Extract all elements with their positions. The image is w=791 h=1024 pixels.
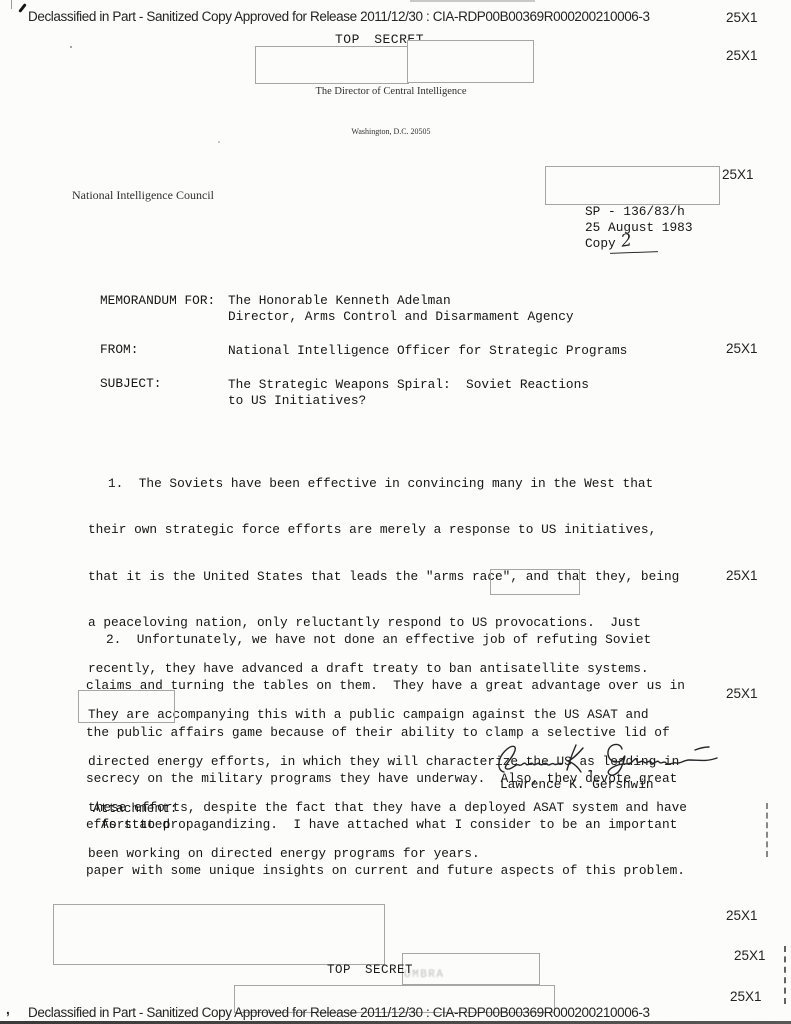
margin-code-7: 25X1: [726, 908, 758, 923]
signature-script: [490, 732, 725, 782]
memo-from-value: National Intelligence Officer for Strate…: [228, 343, 627, 358]
body-line: paper with some unique insights on curre…: [86, 863, 685, 879]
scan-artifact-tick: [11, 0, 12, 9]
margin-code-2: 25X1: [726, 48, 758, 63]
declassification-header: Declassified in Part - Sanitized Copy Ap…: [28, 9, 650, 24]
margin-code-1: 25X1: [726, 10, 758, 25]
margin-code-5: 25X1: [726, 568, 758, 583]
scan-speck: [70, 46, 72, 48]
body-line: their own strategic force efforts are me…: [88, 522, 687, 538]
scanned-memo-page: Declassified in Part - Sanitized Copy Ap…: [0, 0, 791, 1024]
copy-number-underline: [610, 251, 658, 254]
margin-code-4: 25X1: [726, 341, 758, 356]
memo-for-recipient: The Honorable Kenneth Adelman: [228, 293, 451, 308]
declassification-footer: Declassified in Part - Sanitized Copy Ap…: [28, 1005, 650, 1020]
margin-code-6: 25X1: [726, 686, 758, 701]
redaction-box-top-left: [255, 46, 409, 84]
attachment-label: Attachment:: [93, 801, 177, 816]
memo-for-recipient-title: Director, Arms Control and Disarmament A…: [228, 309, 574, 324]
document-date: 25 August 1983: [585, 220, 693, 235]
pen-mark-dashed-2: [784, 946, 786, 1004]
redaction-box-top-right: [407, 40, 534, 83]
redaction-box-bottom-large: [53, 904, 385, 965]
pen-mark-dashed-1: [766, 803, 768, 857]
margin-code-3: 25X1: [722, 167, 754, 182]
signature-typed-name: Lawrence K. Gershwin: [500, 777, 654, 792]
memo-subject-line-1: The Strategic Weapons Spiral: Soviet Rea…: [228, 377, 589, 392]
body-line: effort to propagandizing. I have attache…: [86, 817, 685, 833]
scan-artifact-comma: ,: [6, 1002, 9, 1017]
redaction-box-control: [545, 166, 720, 205]
attachment-value: As stated: [101, 817, 170, 832]
margin-code-8: 25X1: [734, 948, 766, 963]
scan-artifact-pen-mark: [18, 3, 27, 13]
body-line: claims and turning the tables on them. T…: [86, 678, 685, 694]
letterhead-address: Washington, D.C. 20505: [255, 127, 527, 136]
faded-codeword-illegible: UMBRA: [404, 969, 445, 981]
body-line: 1. The Soviets have been effective in co…: [88, 476, 687, 492]
control-number: SP - 136/83/h: [585, 204, 685, 219]
redaction-box-para1: [490, 569, 580, 595]
redaction-box-para2: [78, 690, 175, 723]
copy-number-handwritten: 2: [620, 230, 634, 251]
body-line: that it is the United States that leads …: [88, 569, 687, 585]
memo-subject-line-2: to US Initiatives?: [228, 393, 366, 408]
memo-for-label: MEMORANDUM FOR:: [100, 293, 215, 308]
body-line: 2. Unfortunately, we have not done an ef…: [86, 632, 685, 648]
scan-speck: [218, 141, 220, 143]
memo-subject-label: SUBJECT:: [100, 376, 161, 391]
memo-from-label: FROM:: [100, 342, 138, 357]
copy-label: Copy: [585, 236, 616, 251]
classification-stamp-bottom: TOP SECRET: [327, 963, 413, 977]
letterhead-title: The Director of Central Intelligence: [255, 86, 527, 97]
scan-artifact-box-remnant: [410, 0, 535, 2]
office-name: National Intelligence Council: [72, 188, 214, 203]
margin-code-9: 25X1: [730, 989, 762, 1004]
